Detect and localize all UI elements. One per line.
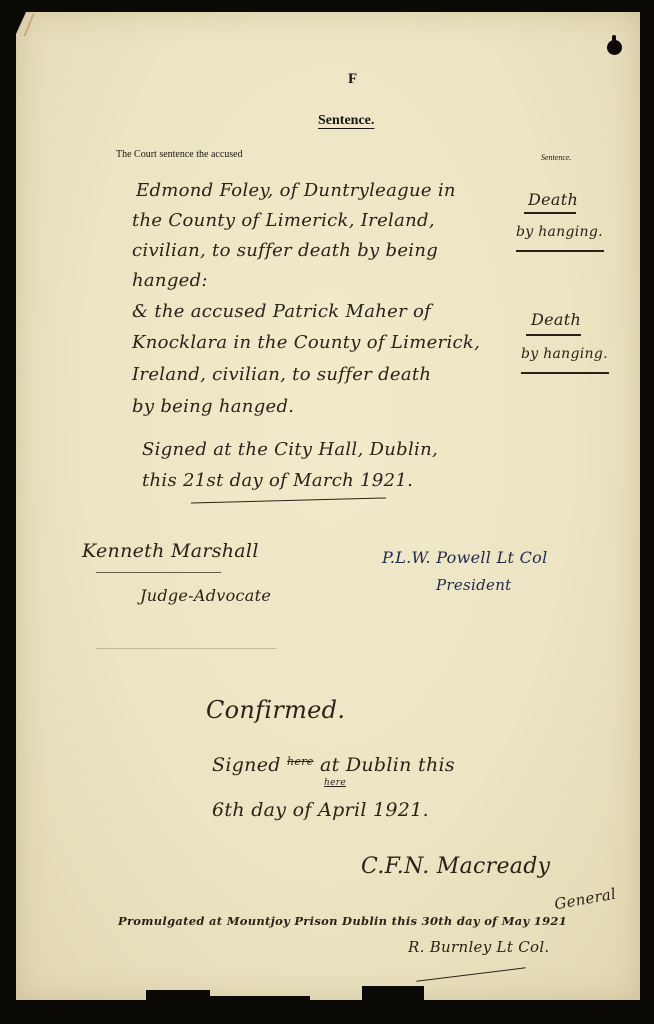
body-line: hanged: — [132, 270, 208, 291]
body-line: Knocklara in the County of Limerick, — [132, 332, 480, 353]
torn-edge — [210, 996, 310, 1004]
signature-line — [96, 572, 221, 573]
promulgation-signature: R. Burnley Lt Col. — [408, 938, 550, 956]
pen-stroke — [416, 967, 525, 981]
body-line: by being hanged. — [132, 396, 294, 417]
promulgation-text: Promulgated at Mountjoy Prison Dublin th… — [118, 914, 567, 928]
signed-word: Signed — [212, 754, 287, 776]
torn-edge — [362, 986, 424, 1004]
section-letter: F — [348, 71, 357, 88]
body-line: the County of Limerick, Ireland, — [132, 210, 435, 231]
signed-date: this 21st day of March 1921. — [142, 470, 413, 491]
signed-place: Signed at the City Hall, Dublin, — [142, 439, 438, 460]
sentence-underline — [524, 212, 576, 214]
sentence-method: by hanging. — [516, 224, 603, 240]
sentence-method: by hanging. — [521, 346, 608, 362]
date-underline — [191, 497, 386, 503]
confirming-officer-signature: C.F.N. Macready — [361, 854, 550, 879]
confirmation-date: 6th day of April 1921. — [212, 799, 429, 821]
confirming-officer-rank: General — [553, 885, 618, 914]
judge-advocate-title: Judge-Advocate — [140, 586, 271, 605]
body-line: Edmond Foley, of Duntryleague in — [136, 180, 456, 201]
body-line: & the accused Patrick Maher of — [132, 301, 431, 322]
body-line: civilian, to suffer death by being — [132, 240, 438, 261]
punch-hole — [607, 40, 622, 55]
president-signature: P.L.W. Powell Lt Col — [382, 548, 548, 567]
president-title: President — [436, 576, 512, 594]
torn-edge — [146, 990, 210, 1002]
document-page: F Sentence. The Court sentence the accus… — [16, 12, 640, 1000]
confirmation-signed-line: Signed here at Dublin this — [212, 754, 455, 776]
faint-rule — [96, 648, 276, 649]
sentence-underline — [521, 372, 609, 374]
struck-word: here — [287, 755, 314, 768]
preamble: The Court sentence the accused — [116, 149, 243, 160]
sentence-underline — [526, 334, 581, 336]
dublin-this: at Dublin this — [314, 754, 455, 776]
sentence-underline — [516, 250, 604, 252]
sentence-death: Death — [531, 310, 581, 329]
sentence-column-header: Sentence. — [541, 153, 571, 162]
page-title: Sentence. — [318, 113, 374, 129]
confirmation-heading: Confirmed. — [206, 696, 345, 724]
body-line: Ireland, civilian, to suffer death — [132, 364, 431, 385]
inserted-word: here — [324, 778, 346, 788]
sentence-death: Death — [528, 190, 578, 209]
judge-advocate-signature: Kenneth Marshall — [82, 540, 259, 562]
